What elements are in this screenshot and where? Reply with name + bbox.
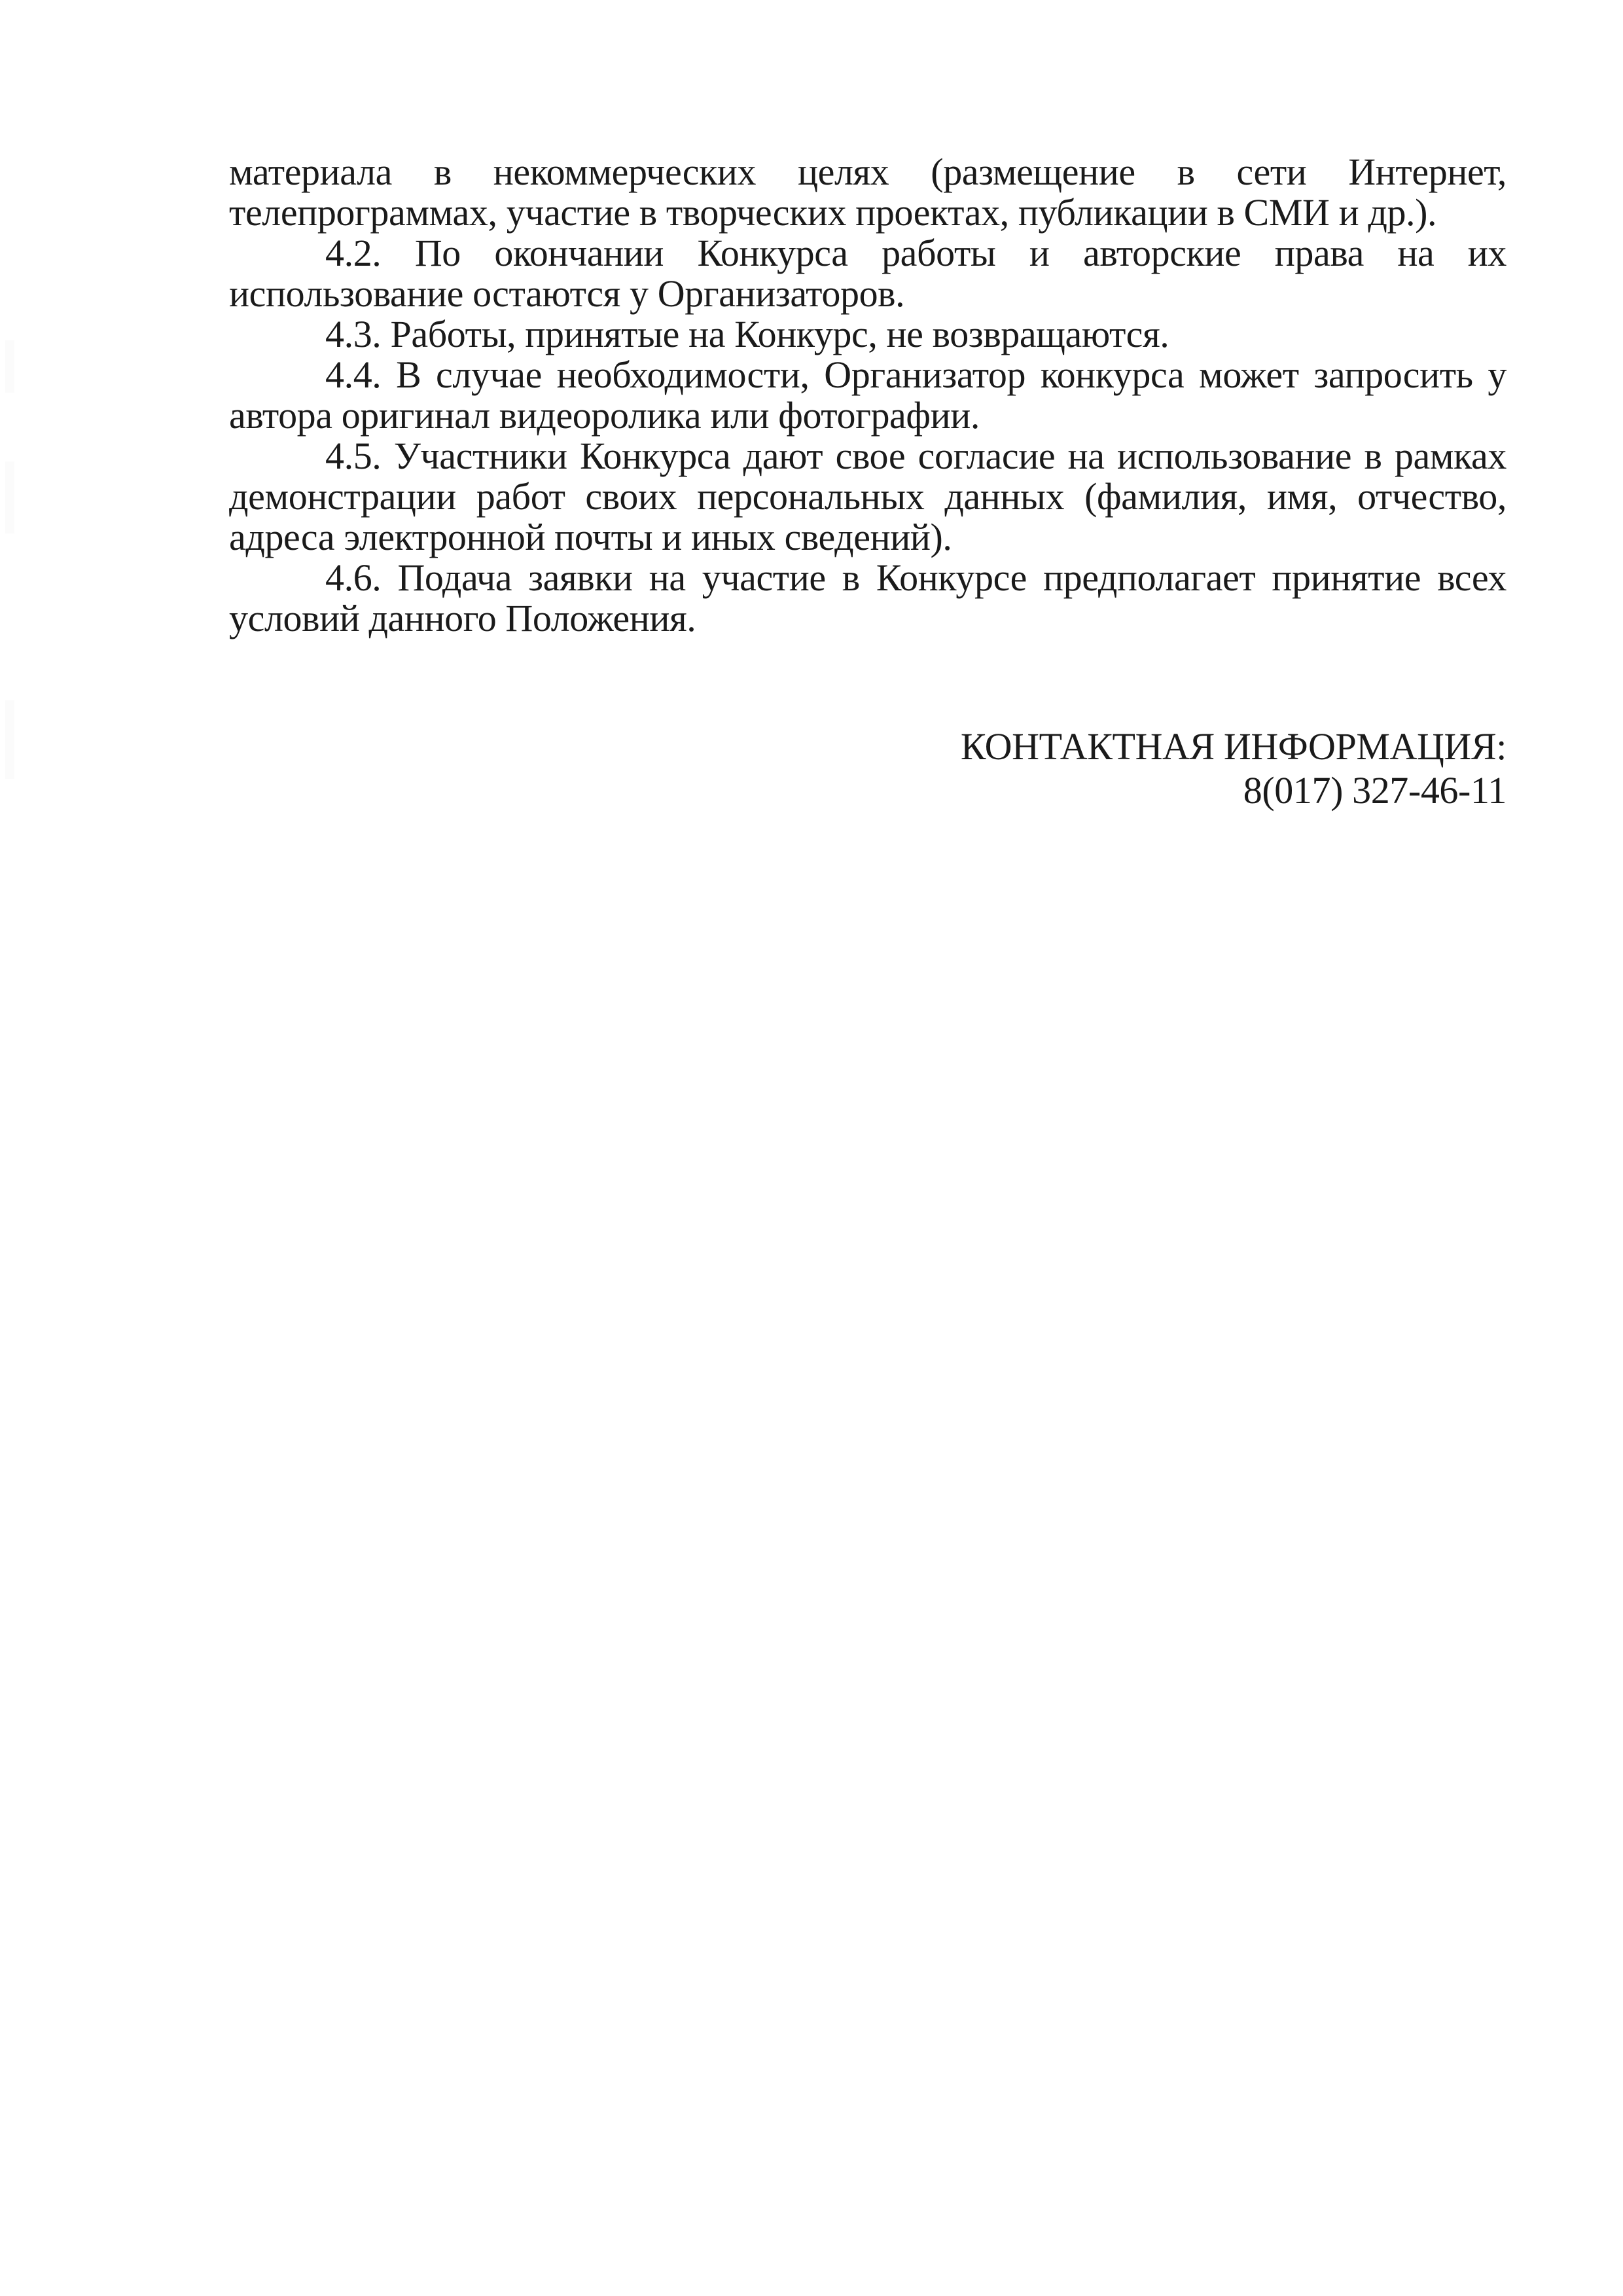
- paragraph-4-3: 4.3. Работы, принятые на Конкурс, не воз…: [229, 314, 1507, 355]
- paragraph-4-4: 4.4. В случае необходимости, Организатор…: [229, 355, 1507, 436]
- scan-artifact: [5, 461, 14, 533]
- paragraph-continuation: материала в некоммерческих целях (размещ…: [229, 152, 1507, 233]
- contact-block: КОНТАКТНАЯ ИНФОРМАЦИЯ: 8(017) 327-46-11: [961, 725, 1507, 812]
- paragraph-4-2: 4.2. По окончании Конкурса работы и авто…: [229, 233, 1507, 314]
- paragraph-4-6: 4.6. Подача заявки на участие в Конкурсе…: [229, 558, 1507, 639]
- paragraph-4-5: 4.5. Участники Конкурса дают свое соглас…: [229, 436, 1507, 558]
- contact-phone: 8(017) 327-46-11: [961, 768, 1507, 812]
- scan-artifact: [5, 700, 14, 779]
- scan-artifact: [5, 340, 14, 393]
- document-page: материала в некоммерческих целях (размещ…: [0, 0, 1623, 2296]
- document-body: материала в некоммерческих целях (размещ…: [229, 152, 1507, 639]
- contact-heading: КОНТАКТНАЯ ИНФОРМАЦИЯ:: [961, 725, 1507, 768]
